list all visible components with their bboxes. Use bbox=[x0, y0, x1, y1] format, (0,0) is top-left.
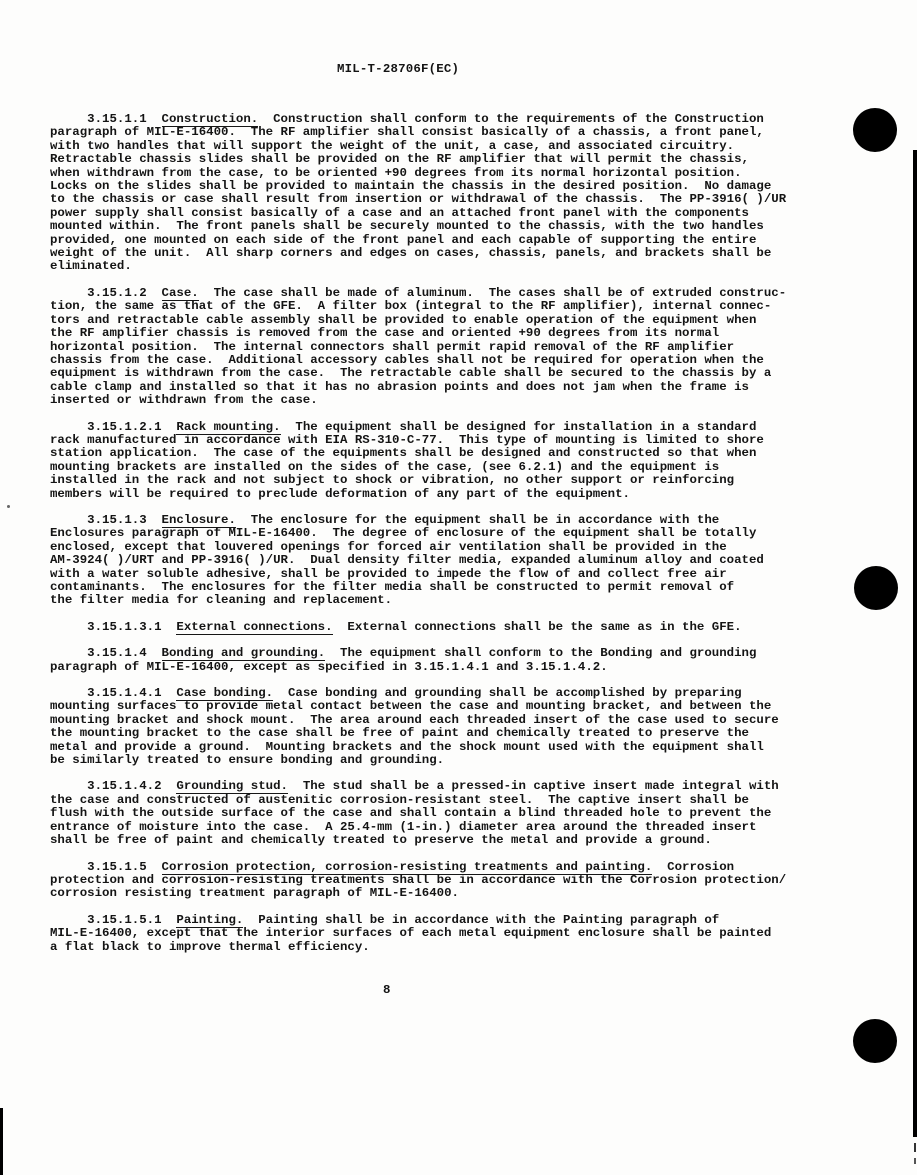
text-line: contaminants. The enclosures for the fil… bbox=[50, 581, 850, 594]
text-line: cable clamp and installed so that it has… bbox=[50, 381, 850, 394]
document-id-header: MIL-T-28706F(EC) bbox=[337, 62, 459, 76]
text-line: members will be required to preclude def… bbox=[50, 488, 850, 501]
text-line: Retractable chassis slides shall be prov… bbox=[50, 153, 850, 166]
text-line: 3.15.1.2.1 Rack mounting. The equipment … bbox=[50, 421, 850, 434]
text-line: mounted within. The front panels shall b… bbox=[50, 220, 850, 233]
paragraph-3.15.1.4.1: 3.15.1.4.1 Case bonding. Case bonding an… bbox=[50, 687, 850, 767]
text-line: the filter media for cleaning and replac… bbox=[50, 594, 850, 607]
text-line: Enclosures paragraph of MIL-E-16400. The… bbox=[50, 527, 850, 540]
text-line: the mounting bracket to the case shall b… bbox=[50, 727, 850, 740]
text-line: equipment is withdrawn from the case. Th… bbox=[50, 367, 850, 380]
paragraph-3.15.1.4: 3.15.1.4 Bonding and grounding. The equi… bbox=[50, 647, 850, 674]
text-line: protection and corrosion-resisting treat… bbox=[50, 874, 850, 887]
paragraph-title: External connections. bbox=[176, 620, 332, 635]
text-line: AM-3924( )/URT and PP-3916( )/UR. Dual d… bbox=[50, 554, 850, 567]
text-line: 3.15.1.5.1 Painting. Painting shall be i… bbox=[50, 914, 850, 927]
text-line: Locks on the slides shall be provided to… bbox=[50, 180, 850, 193]
hole-punch-dot bbox=[854, 566, 898, 610]
text-line: be similarly treated to ensure bonding a… bbox=[50, 754, 850, 767]
paragraph-3.15.1.4.2: 3.15.1.4.2 Grounding stud. The stud shal… bbox=[50, 780, 850, 847]
text-line: paragraph of MIL-E-16400. The RF amplifi… bbox=[50, 126, 850, 139]
text-line: installed in the rack and not subject to… bbox=[50, 474, 850, 487]
text-line: mounting bracket and shock mount. The ar… bbox=[50, 714, 850, 727]
page-number: 8 bbox=[383, 983, 390, 997]
text-line: when withdrawn from the case, to be orie… bbox=[50, 167, 850, 180]
page-edge-right-scan-line bbox=[913, 150, 917, 1137]
text-line: 3.15.1.2 Case. The case shall be made of… bbox=[50, 287, 850, 300]
text-line: shall be free of paint and chemically tr… bbox=[50, 834, 850, 847]
text-line: 3.15.1.4.2 Grounding stud. The stud shal… bbox=[50, 780, 850, 793]
text-line: 3.15.1.4 Bonding and grounding. The equi… bbox=[50, 647, 850, 660]
page-edge-right-scan-dash bbox=[914, 1143, 916, 1152]
text-line: the RF amplifier chassis is removed from… bbox=[50, 327, 850, 340]
text-line: a flat black to improve thermal efficien… bbox=[50, 941, 850, 954]
text-line: paragraph of MIL-E-16400, except as spec… bbox=[50, 661, 850, 674]
paragraph-3.15.1.2.1: 3.15.1.2.1 Rack mounting. The equipment … bbox=[50, 421, 850, 501]
text-line: 3.15.1.4.1 Case bonding. Case bonding an… bbox=[50, 687, 850, 700]
text-line: 3.15.1.5 Corrosion protection, corrosion… bbox=[50, 861, 850, 874]
document-body: 3.15.1.1 Construction. Construction shal… bbox=[50, 113, 850, 954]
text-line: rack manufactured in accordance with EIA… bbox=[50, 434, 850, 447]
text-line: 3.15.1.3 Enclosure. The enclosure for th… bbox=[50, 514, 850, 527]
text-line: provided, one mounted on each side of th… bbox=[50, 234, 850, 247]
text-line: tors and retractable cable assembly shal… bbox=[50, 314, 850, 327]
hole-punch-dot bbox=[853, 108, 897, 152]
paragraph-3.15.1.3: 3.15.1.3 Enclosure. The enclosure for th… bbox=[50, 514, 850, 608]
text-line: horizontal position. The internal connec… bbox=[50, 341, 850, 354]
text-line: the case and constructed of austenitic c… bbox=[50, 794, 850, 807]
paragraph-3.15.1.5.1: 3.15.1.5.1 Painting. Painting shall be i… bbox=[50, 914, 850, 954]
text-line: corrosion resisting treatment paragraph … bbox=[50, 887, 850, 900]
text-line: with two handles that will support the w… bbox=[50, 140, 850, 153]
scan-speck bbox=[7, 505, 10, 508]
paragraph-3.15.1.1: 3.15.1.1 Construction. Construction shal… bbox=[50, 113, 850, 274]
text-line: to the chassis or case shall result from… bbox=[50, 193, 850, 206]
text-line: weight of the unit. All sharp corners an… bbox=[50, 247, 850, 260]
paragraph-title: Bonding and grounding. bbox=[162, 646, 326, 661]
scanned-document-page: MIL-T-28706F(EC) 3.15.1.1 Construction. … bbox=[0, 0, 917, 1175]
text-line: enclosed, except that louvered openings … bbox=[50, 541, 850, 554]
text-line: with a water soluble adhesive, shall be … bbox=[50, 568, 850, 581]
hole-punch-dot bbox=[853, 1019, 897, 1063]
text-line: chassis from the case. Additional access… bbox=[50, 354, 850, 367]
text-line: 3.15.1.3.1 External connections. Externa… bbox=[50, 621, 850, 634]
paragraph-3.15.1.2: 3.15.1.2 Case. The case shall be made of… bbox=[50, 287, 850, 408]
text-line: entrance of moisture into the case. A 25… bbox=[50, 821, 850, 834]
page-edge-left-scan-line bbox=[0, 1108, 3, 1175]
text-line: station application. The case of the equ… bbox=[50, 447, 850, 460]
text-line: 3.15.1.1 Construction. Construction shal… bbox=[50, 113, 850, 126]
text-line: power supply shall consist basically of … bbox=[50, 207, 850, 220]
text-line: MIL-E-16400, except that the interior su… bbox=[50, 927, 850, 940]
paragraph-3.15.1.3.1: 3.15.1.3.1 External connections. Externa… bbox=[50, 621, 850, 634]
text-line: metal and provide a ground. Mounting bra… bbox=[50, 741, 850, 754]
paragraph-3.15.1.5: 3.15.1.5 Corrosion protection, corrosion… bbox=[50, 861, 850, 901]
text-line: tion, the same as that of the GFE. A fil… bbox=[50, 300, 850, 313]
page-edge-right-scan-dash bbox=[914, 1158, 916, 1164]
text-line: mounting surfaces to provide metal conta… bbox=[50, 700, 850, 713]
text-line: mounting brackets are installed on the s… bbox=[50, 461, 850, 474]
text-line: flush with the outside surface of the ca… bbox=[50, 807, 850, 820]
text-line: inserted or withdrawn from the case. bbox=[50, 394, 850, 407]
text-line: eliminated. bbox=[50, 260, 850, 273]
